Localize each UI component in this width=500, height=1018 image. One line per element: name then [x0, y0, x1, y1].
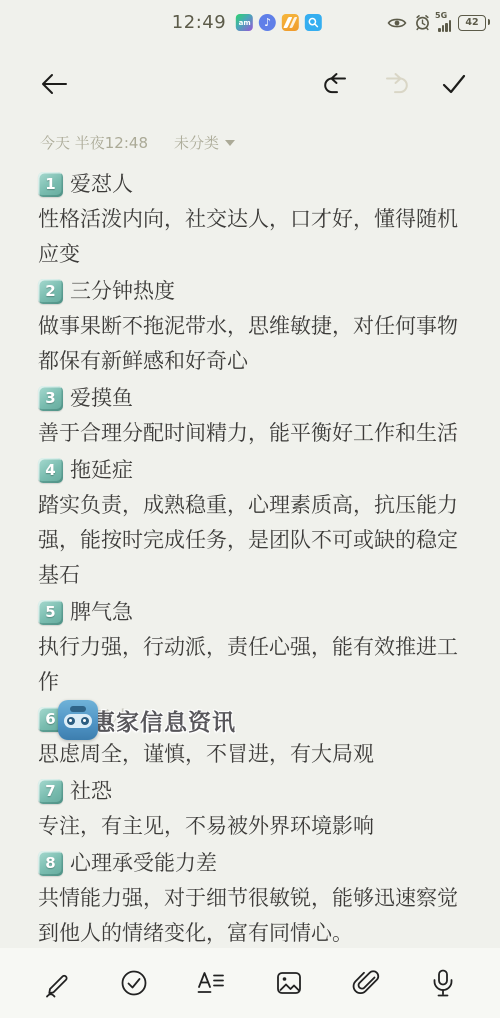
number-keycap-icon: 4 [38, 458, 63, 483]
note-item-title-row: 1 爱怼人 [38, 167, 466, 202]
note-item-title: 社恐 [70, 774, 112, 809]
note-item-title: 胆子小 [70, 702, 133, 737]
note-item-body: 做事果断不拖泥带水，思维敏捷，对任何事物都保有新鲜感和好奇心 [38, 309, 466, 379]
status-center-group: 12:49 am ♪ [172, 12, 322, 33]
note-item-body: 共情能力强，对于细节很敏锐，能够迅速察觉到他人的情绪变化，富有同情心。 [38, 881, 466, 951]
number-keycap-icon: 1 [38, 172, 63, 197]
status-time: 12:49 [172, 12, 226, 33]
note-item-title: 三分钟热度 [70, 274, 175, 309]
undo-button[interactable] [320, 68, 352, 100]
note-item: 4 拖延症 踏实负责，成熟稳重，心理素质高，抗压能力强，能按时完成任务，是团队不… [38, 453, 466, 593]
note-meta-row: 今天 半夜12:48 未分类 [40, 130, 470, 154]
status-bar: 12:49 am ♪ 5G 42 [0, 0, 500, 46]
am-app-icon: am [236, 14, 253, 31]
note-item-body: 执行力强，行动派，责任心强，能有效推进工作 [38, 630, 466, 700]
chevron-down-icon [225, 140, 235, 146]
status-right-group: 5G 42 [387, 14, 486, 32]
wallet-app-icon [282, 14, 299, 31]
battery-percent: 42 [465, 17, 478, 28]
note-item: 5 脾气急 执行力强，行动派，责任心强，能有效推进工作 [38, 595, 466, 700]
note-item-title-row: 8 心理承受能力差 [38, 846, 466, 881]
alarm-icon [414, 14, 431, 31]
number-keycap-icon: 6 [38, 707, 63, 732]
note-item-body: 性格活泼内向，社交达人，口才好，懂得随机应变 [38, 202, 466, 272]
number-keycap-icon: 5 [38, 600, 63, 625]
note-item: 1 爱怼人 性格活泼内向，社交达人，口才好，懂得随机应变 [38, 167, 466, 272]
text-style-button[interactable] [189, 961, 233, 1005]
attachment-button[interactable] [344, 961, 388, 1005]
note-item: 7 社恐 专注，有主见，不易被外界环境影响 [38, 774, 466, 844]
battery-icon: 42 [458, 15, 486, 31]
note-item-title-row: 6 胆子小 [38, 702, 466, 737]
number-keycap-icon: 2 [38, 279, 63, 304]
note-item-title-row: 7 社恐 [38, 774, 466, 809]
note-item-title: 爱摸鱼 [70, 381, 133, 416]
eye-protection-icon [387, 16, 407, 30]
note-item: 3 爱摸鱼 善于合理分配时间精力，能平衡好工作和生活 [38, 381, 466, 451]
note-item-title: 心理承受能力差 [70, 846, 217, 881]
back-button[interactable] [38, 68, 70, 100]
note-item-title: 拖延症 [70, 453, 133, 488]
note-item: 6 胆子小 思虑周全，谨慎，不冒进，有大局观 [38, 702, 466, 772]
note-item-body: 踏实负责，成熟稳重，心理素质高，抗压能力强，能按时完成任务，是团队不可或缺的稳定… [38, 488, 466, 593]
number-keycap-icon: 3 [38, 386, 63, 411]
note-item: 2 三分钟热度 做事果断不拖泥带水，思维敏捷，对任何事物都保有新鲜感和好奇心 [38, 274, 466, 379]
note-item-title-row: 4 拖延症 [38, 453, 466, 488]
confirm-button[interactable] [438, 68, 470, 100]
nav-bar [0, 58, 500, 110]
note-item-body: 善于合理分配时间精力，能平衡好工作和生活 [38, 416, 466, 451]
category-selector[interactable]: 未分类 [174, 132, 235, 153]
handwriting-pen-button[interactable] [35, 961, 79, 1005]
note-item-title-row: 3 爱摸鱼 [38, 381, 466, 416]
note-item-title: 脾气急 [70, 595, 133, 630]
search-app-icon [305, 14, 322, 31]
todo-check-button[interactable] [112, 961, 156, 1005]
music-app-icon: ♪ [259, 14, 276, 31]
note-item-title-row: 2 三分钟热度 [38, 274, 466, 309]
voice-input-button[interactable] [421, 961, 465, 1005]
note-content[interactable]: 1 爱怼人 性格活泼内向，社交达人，口才好，懂得随机应变 2 三分钟热度 做事果… [38, 165, 466, 951]
note-item-body: 思虑周全，谨慎，不冒进，有大局观 [38, 737, 466, 772]
number-keycap-icon: 7 [38, 779, 63, 804]
signal-5g-icon: 5G [438, 14, 451, 32]
note-item-body: 专注，有主见，不易被外界环境影响 [38, 809, 466, 844]
note-timestamp: 今天 半夜12:48 [40, 132, 148, 153]
category-label: 未分类 [174, 132, 219, 153]
note-item-title: 爱怼人 [70, 167, 133, 202]
insert-image-button[interactable] [267, 961, 311, 1005]
note-item-title-row: 5 脾气急 [38, 595, 466, 630]
number-keycap-icon: 8 [38, 851, 63, 876]
redo-button[interactable] [380, 68, 412, 100]
note-item: 8 心理承受能力差 共情能力强，对于细节很敏锐，能够迅速察觉到他人的情绪变化，富… [38, 846, 466, 951]
editor-toolbar [0, 948, 500, 1018]
